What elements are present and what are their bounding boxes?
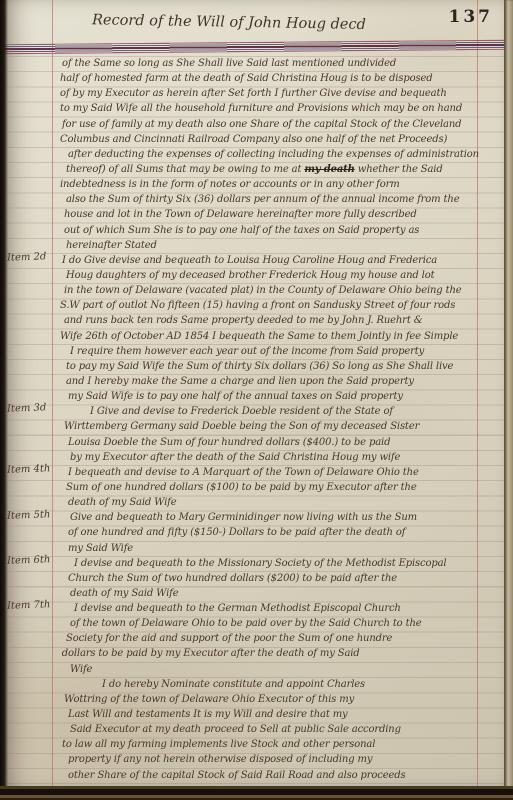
manuscript-line: S.W part of outlot No fifteen (15) havin… xyxy=(60,298,507,313)
manuscript-line: of the town of Delaware Ohio to be paid … xyxy=(70,616,507,631)
manuscript-line: to pay my Said Wife the Sum of thirty Si… xyxy=(66,359,507,374)
manuscript-line: to law all my farming implements live St… xyxy=(62,737,507,752)
manuscript-body: of the Same so long as She Shall live Sa… xyxy=(60,56,507,788)
manuscript-line: Give and bequeath to Mary Germinidinger … xyxy=(70,510,507,525)
manuscript-line: in the town of Delaware (vacated plat) i… xyxy=(64,283,507,298)
manuscript-line: also the Sum of thirty Six (36) dollars … xyxy=(66,192,507,207)
header-double-rule xyxy=(4,40,507,54)
manuscript-line: I devise and bequeath to the German Meth… xyxy=(74,601,507,616)
manuscript-line: my Said Wife xyxy=(68,541,507,556)
item-label: Item 2d xyxy=(7,251,47,263)
manuscript-line: of one hundred and fifty ($150-) Dollars… xyxy=(68,525,507,540)
manuscript-line: property if any not herein otherwise dis… xyxy=(68,752,507,767)
manuscript-line: -d- dollars to be paid by my Executor af… xyxy=(60,646,507,661)
manuscript-line: Sum of one hundred dollars ($100) to be … xyxy=(66,480,507,495)
manuscript-line: house and lot in the Town of Delaware he… xyxy=(64,207,507,222)
manuscript-line: other Share of the capital Stock of Said… xyxy=(68,768,507,783)
manuscript-line: and I hereby make the Same a charge and … xyxy=(66,374,507,389)
page-title: Record of the Will of John Houg decd xyxy=(92,12,412,34)
manuscript-line: Last Will and testaments It is my Will a… xyxy=(68,707,507,722)
struck-text: my death xyxy=(304,164,354,175)
page-number: 137 xyxy=(449,7,494,27)
manuscript-line: Wife xyxy=(70,662,507,677)
manuscript-line: indebtedness is in the form of notes or … xyxy=(60,177,507,192)
manuscript-line: to my Said Wife all the household furnit… xyxy=(60,101,507,116)
manuscript-line: of the Same so long as She Shall live Sa… xyxy=(62,56,507,71)
manuscript-line: I do Give devise and bequeath to Louisa … xyxy=(62,253,507,268)
manuscript-line: I require them however each year out of … xyxy=(70,344,507,359)
manuscript-line: by my Executor after the death of the Sa… xyxy=(70,450,507,465)
manuscript-line: Wife 26th of October AD 1854 I bequeath … xyxy=(60,329,507,344)
binding-edge xyxy=(0,0,8,800)
manuscript-line: my Said Wife is to pay one half of the a… xyxy=(68,389,507,404)
manuscript-line: death of my Said Wife xyxy=(70,586,507,601)
manuscript-line: hereinafter Stated xyxy=(66,238,507,253)
manuscript-line: Wirttemberg Germany said Doeble being th… xyxy=(64,419,507,434)
manuscript-line: Said Executor at my death proceed to Sel… xyxy=(70,722,507,737)
book-photo: 137 Record of the Will of John Houg decd… xyxy=(0,0,513,800)
item-label: Item 3d xyxy=(7,403,47,415)
manuscript-line: Church the Sum of two hundred dollars ($… xyxy=(68,571,507,586)
manuscript-line: out of which Sum She is to pay one half … xyxy=(64,223,507,238)
item-label: Item 5th xyxy=(7,509,51,522)
ledger-page: 137 Record of the Will of John Houg decd… xyxy=(0,0,513,800)
page-edge-right xyxy=(504,0,513,800)
manuscript-line: Wottring of the town of Delaware Ohio Ex… xyxy=(64,692,507,707)
manuscript-line: after deducting the expenses of collecti… xyxy=(68,147,507,162)
manuscript-line: of by my Executor as herein after Set fo… xyxy=(60,86,507,101)
manuscript-line: Columbus and Cincinnati Railroad Company… xyxy=(60,132,507,147)
item-label: Item 7th xyxy=(7,600,51,613)
manuscript-line: thereof) of all Sums that may be owing t… xyxy=(66,162,507,177)
manuscript-line: I bequeath and devise to A Marquart of t… xyxy=(68,465,507,480)
manuscript-line: and runs back ten rods Same property dee… xyxy=(64,313,507,328)
manuscript-line: for use of family at my death also one S… xyxy=(62,117,507,132)
manuscript-line: death of my Said Wife xyxy=(68,495,507,510)
manuscript-line: I Give and devise to Frederick Doeble re… xyxy=(90,404,507,419)
manuscript-line: Houg daughters of my deceased brother Fr… xyxy=(66,268,507,283)
manuscript-line: Louisa Doeble the Sum of four hundred do… xyxy=(68,435,507,450)
manuscript-line: I devise and bequeath to the Missionary … xyxy=(74,556,507,571)
manuscript-line: Society for the aid and support of the p… xyxy=(66,631,507,646)
page-edge-bottom xyxy=(0,786,513,800)
item-label: Item 4th xyxy=(7,463,51,476)
margin-items-column: Item 2dItem 3dItem 4thItem 5thItem 6thIt… xyxy=(0,0,56,800)
manuscript-line: half of homested farm at the death of Sa… xyxy=(60,71,507,86)
item-label: Item 6th xyxy=(7,554,51,567)
manuscript-line: I do hereby Nominate constitute and appo… xyxy=(102,677,507,692)
